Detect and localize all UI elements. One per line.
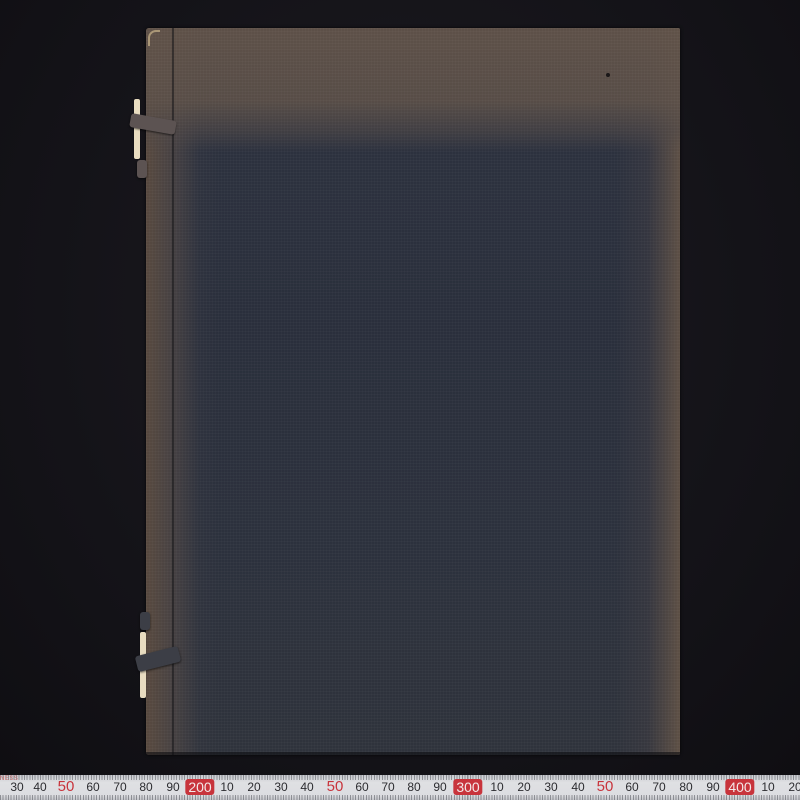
ruler-label: 40 [571, 781, 584, 794]
ruler-label: 40 [300, 781, 313, 794]
ruler-label: 80 [139, 781, 152, 794]
ruler-label: 50 [597, 779, 614, 795]
ruler-label: 90 [166, 781, 179, 794]
ruler-label: 50 [327, 779, 344, 795]
ruler-label: 70 [113, 781, 126, 794]
ruler-label: 60 [625, 781, 638, 794]
ruler-label: 90 [433, 781, 446, 794]
ruler-label: 30 [274, 781, 287, 794]
measuring-tape: NESS 30405060708090200102030405060708090… [0, 775, 800, 800]
strap-bottom-loop [140, 612, 150, 630]
cloth-texture [146, 28, 680, 755]
ruler-label: 10 [761, 781, 774, 794]
ruler-label: 80 [407, 781, 420, 794]
ruler-label: 60 [355, 781, 368, 794]
ruler-label: 10 [490, 781, 503, 794]
ruler-label: 400 [725, 779, 754, 795]
bottom-edge [146, 752, 680, 755]
ruler-label: 30 [544, 781, 557, 794]
ruler-ticks-bottom [0, 795, 800, 800]
ruler-label: 20 [788, 781, 800, 794]
ruler-label: 20 [247, 781, 260, 794]
ruler-label: 300 [453, 779, 482, 795]
book-cover [146, 28, 680, 755]
ruler-label: 90 [706, 781, 719, 794]
bone-pin-top [134, 99, 140, 159]
ruler-label: 70 [381, 781, 394, 794]
corner-wear [148, 30, 160, 46]
ruler-label: 30 [10, 781, 23, 794]
strap-top-loop [137, 160, 147, 178]
cover-spot [606, 73, 610, 77]
ruler-label: 60 [86, 781, 99, 794]
ruler-label: 200 [185, 779, 214, 795]
ruler-label: 80 [679, 781, 692, 794]
ruler-label: 40 [33, 781, 46, 794]
ruler-label: 10 [220, 781, 233, 794]
ruler-label: 70 [652, 781, 665, 794]
ruler-label: 20 [517, 781, 530, 794]
ruler-label: 50 [58, 779, 75, 795]
